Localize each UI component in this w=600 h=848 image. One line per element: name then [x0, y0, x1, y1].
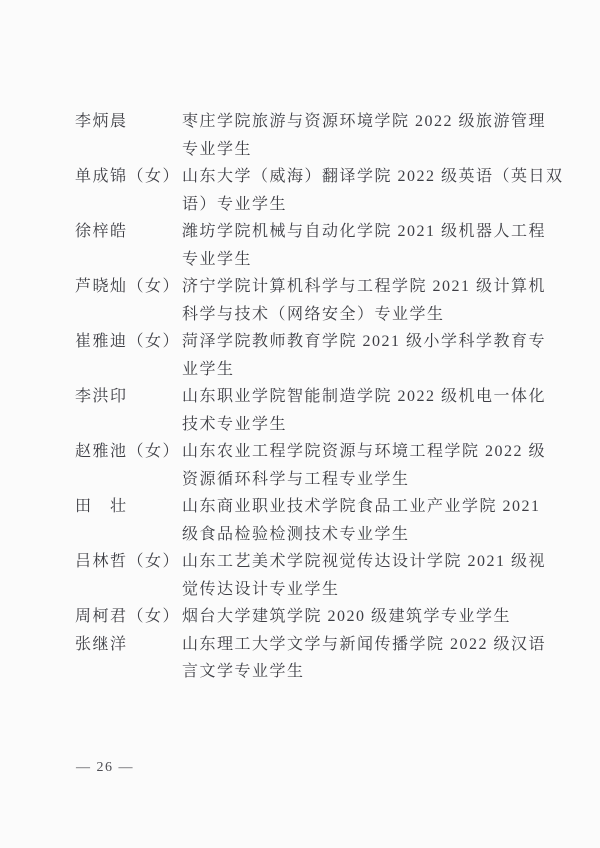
list-item: 吕林哲（女） 山东工艺美术学院视觉传达设计学院 2021 级视 觉传达设计专业学… [75, 548, 553, 603]
list-item: 李洪印 山东职业学院智能制造学院 2022 级机电一体化 技术专业学生 [75, 383, 553, 438]
list-item: 李炳晨 枣庄学院旅游与资源环境学院 2022 级旅游管理 专业学生 [75, 108, 553, 163]
student-name: 周柯君（女） [75, 603, 182, 631]
student-name: 张继洋 [75, 631, 182, 659]
student-description: 菏泽学院教师教育学院 2021 级小学科学教育专 业学生 [182, 328, 553, 383]
list-item: 赵雅池（女） 山东农业工程学院资源与环境工程学院 2022 级 资源循环科学与工… [75, 438, 553, 493]
student-name: 徐梓皓 [75, 218, 182, 246]
student-name: 吕林哲（女） [75, 548, 182, 576]
student-description: 山东工艺美术学院视觉传达设计学院 2021 级视 觉传达设计专业学生 [182, 548, 553, 603]
student-name: 崔雅迪（女） [75, 328, 182, 356]
page-number: — 26 — [76, 760, 134, 776]
student-name: 赵雅池（女） [75, 438, 182, 466]
student-description: 山东职业学院智能制造学院 2022 级机电一体化 技术专业学生 [182, 383, 553, 438]
student-description: 烟台大学建筑学院 2020 级建筑学专业学生 [182, 603, 553, 631]
list-item: 张继洋 山东理工大学文学与新闻传播学院 2022 级汉语 言文学专业学生 [75, 631, 553, 686]
student-name: 单成锦（女） [75, 163, 182, 191]
student-name: 芦晓灿（女） [75, 273, 182, 301]
list-item: 徐梓皓 潍坊学院机械与自动化学院 2021 级机器人工程 专业学生 [75, 218, 553, 273]
student-name: 李炳晨 [75, 108, 182, 136]
student-description: 山东理工大学文学与新闻传播学院 2022 级汉语 言文学专业学生 [182, 631, 553, 686]
document-page: 李炳晨 枣庄学院旅游与资源环境学院 2022 级旅游管理 专业学生 单成锦（女）… [0, 0, 600, 848]
list-item: 单成锦（女） 山东大学（威海）翻译学院 2022 级英语（英日双 语）专业学生 [75, 163, 553, 218]
student-list: 李炳晨 枣庄学院旅游与资源环境学院 2022 级旅游管理 专业学生 单成锦（女）… [75, 108, 553, 686]
student-description: 枣庄学院旅游与资源环境学院 2022 级旅游管理 专业学生 [182, 108, 553, 163]
student-description: 山东商业职业技术学院食品工业产业学院 2021 级食品检验检测技术专业学生 [182, 493, 553, 548]
student-description: 济宁学院计算机科学与工程学院 2021 级计算机 科学与技术（网络安全）专业学生 [182, 273, 553, 328]
student-description: 山东大学（威海）翻译学院 2022 级英语（英日双 语）专业学生 [182, 163, 564, 218]
student-name: 李洪印 [75, 383, 182, 411]
list-item: 田 壮 山东商业职业技术学院食品工业产业学院 2021 级食品检验检测技术专业学… [75, 493, 553, 548]
student-description: 潍坊学院机械与自动化学院 2021 级机器人工程 专业学生 [182, 218, 553, 273]
list-item: 周柯君（女） 烟台大学建筑学院 2020 级建筑学专业学生 [75, 603, 553, 631]
list-item: 芦晓灿（女） 济宁学院计算机科学与工程学院 2021 级计算机 科学与技术（网络… [75, 273, 553, 328]
list-item: 崔雅迪（女） 菏泽学院教师教育学院 2021 级小学科学教育专 业学生 [75, 328, 553, 383]
student-name: 田 壮 [75, 493, 182, 521]
student-description: 山东农业工程学院资源与环境工程学院 2022 级 资源循环科学与工程专业学生 [182, 438, 553, 493]
